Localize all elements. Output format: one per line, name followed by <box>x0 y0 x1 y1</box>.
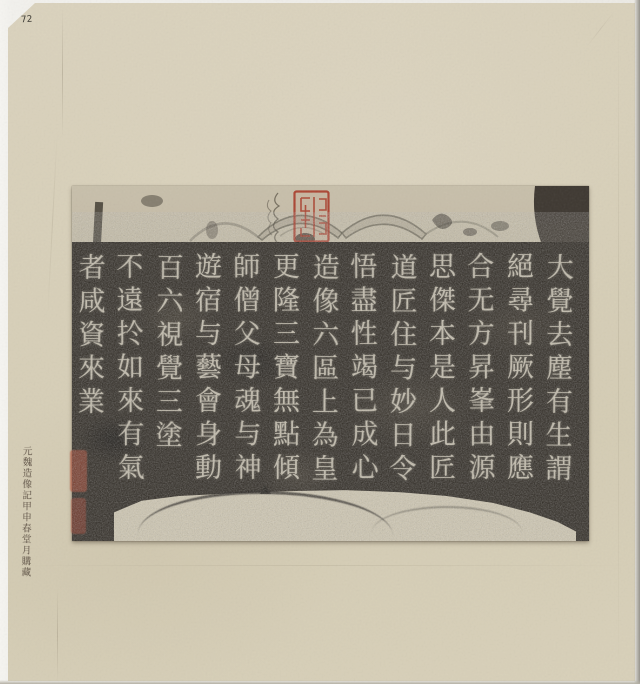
inscription-column: 絕尋刊厥形則應 <box>498 252 537 502</box>
paper-crease <box>618 4 619 680</box>
collector-seal <box>293 190 330 243</box>
inscription-column: 遊宿与藝會身動 <box>186 252 225 502</box>
paper-crease <box>62 8 63 138</box>
inscription-column: 悟盡性竭已成心 <box>341 252 382 502</box>
page-number: 72 <box>21 15 33 26</box>
inscription-column: 百六視覺三塗 <box>146 253 187 503</box>
inscription-column: 造像六區上為皇 <box>302 253 343 503</box>
stone-rubbing: 大覺去塵有生謂 絕尋刊厥形則應 合无方昇峯由源 思傑本是人此匠 道匠住与妙日令 … <box>72 186 589 541</box>
edge-seal-upper <box>70 450 87 492</box>
rubbing-top-margin <box>72 186 589 248</box>
inscription-text: 大覺去塵有生謂 絕尋刊厥形則應 合无方昇峯由源 思傑本是人此匠 道匠住与妙日令 … <box>90 252 576 502</box>
scan-edge-shadow <box>634 0 640 684</box>
inscription-column: 道匠住与妙日令 <box>380 253 421 503</box>
canopy-carving-icon <box>72 186 589 248</box>
inscription-column: 更隆三寶無點傾 <box>264 252 303 502</box>
inscription-column: 大覺去塵有生謂 <box>536 253 577 503</box>
paper-crease <box>10 565 634 566</box>
paper-crease <box>57 588 58 682</box>
mound-peak <box>260 485 271 494</box>
ink-inscription-icon <box>262 190 296 246</box>
inscription-column: 不遠扵如來有氣 <box>107 252 148 502</box>
inscription-column: 師僧父母魂与神 <box>224 252 265 502</box>
inscription-column: 合无方昇峯由源 <box>458 252 499 502</box>
scan-edge-shadow <box>0 680 640 684</box>
inscription-column: 思傑本是人此匠 <box>420 252 459 502</box>
collector-annotation: 元魏造像記甲申春堂月購藏 <box>15 446 32 578</box>
edge-seal-lower <box>71 498 86 534</box>
